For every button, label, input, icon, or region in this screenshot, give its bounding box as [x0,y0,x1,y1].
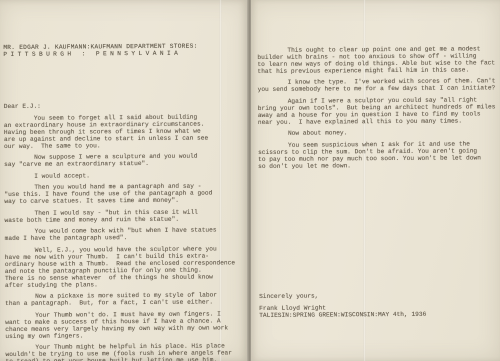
letter-paragraph: Then you would hand me a pantagraph and … [4,182,247,205]
dateline: TALIESIN:SPRING GREEN:WISCONSIN:MAY 4th,… [259,310,500,319]
closing-salutation: Sincerely yours, [259,291,500,300]
letter-paragraph: Then I would say - "but in this case it … [4,208,247,224]
left-page-body: You seem to forget all I said about buil… [4,113,249,361]
letter-paragraph: You seem suspicious when I ask for it an… [258,140,499,170]
letter-paragraph: Now suppose I were a sculpture and you w… [4,152,247,168]
letter-paragraph: Well, E.J., you would have the sculptor … [5,245,248,289]
letter-paragraph: Now about money. [258,128,499,137]
letter-paragraph: Your Thumb might be helpful in his place… [5,342,248,361]
letter-paragraph: This ought to clear up point one and get… [257,45,498,75]
letter-paragraph: You seem to forget all I said about buil… [4,113,247,150]
letter-page-right: This ought to clear up point one and get… [251,0,500,361]
letter-paragraph: You would come back with "but when I hav… [5,226,248,242]
left-page-content: MR. EDGAR J. KAUFMANN:KAUFMANN DEPARTMEN… [0,0,251,361]
right-page-content: This ought to clear up point one and get… [251,0,500,361]
closing-block: Sincerely yours, Frank Lloyd Wright TALI… [259,291,500,319]
right-page-body: This ought to clear up point one and get… [257,45,499,170]
letter-paragraph: Now a pickaxe is more suited to my style… [5,291,248,307]
letter-paragraph: Again if I were a sculptor you could say… [258,96,499,126]
letter-paragraph: Your Thumb won't do. I must have my own … [5,310,248,340]
salutation: Dear E.J.: [4,101,247,110]
letterhead-city-line: PITTSBURGH : PENNSYLVANIA [3,49,246,58]
signature-block: Frank Lloyd Wright TALIESIN:SPRING GREEN… [259,303,500,319]
letter-paragraph: I know the type. I've worked with scores… [258,77,499,93]
letter-paragraph: I would accept. [4,171,247,180]
letter-page-left: MR. EDGAR J. KAUFMANN:KAUFMANN DEPARTMEN… [0,0,248,361]
